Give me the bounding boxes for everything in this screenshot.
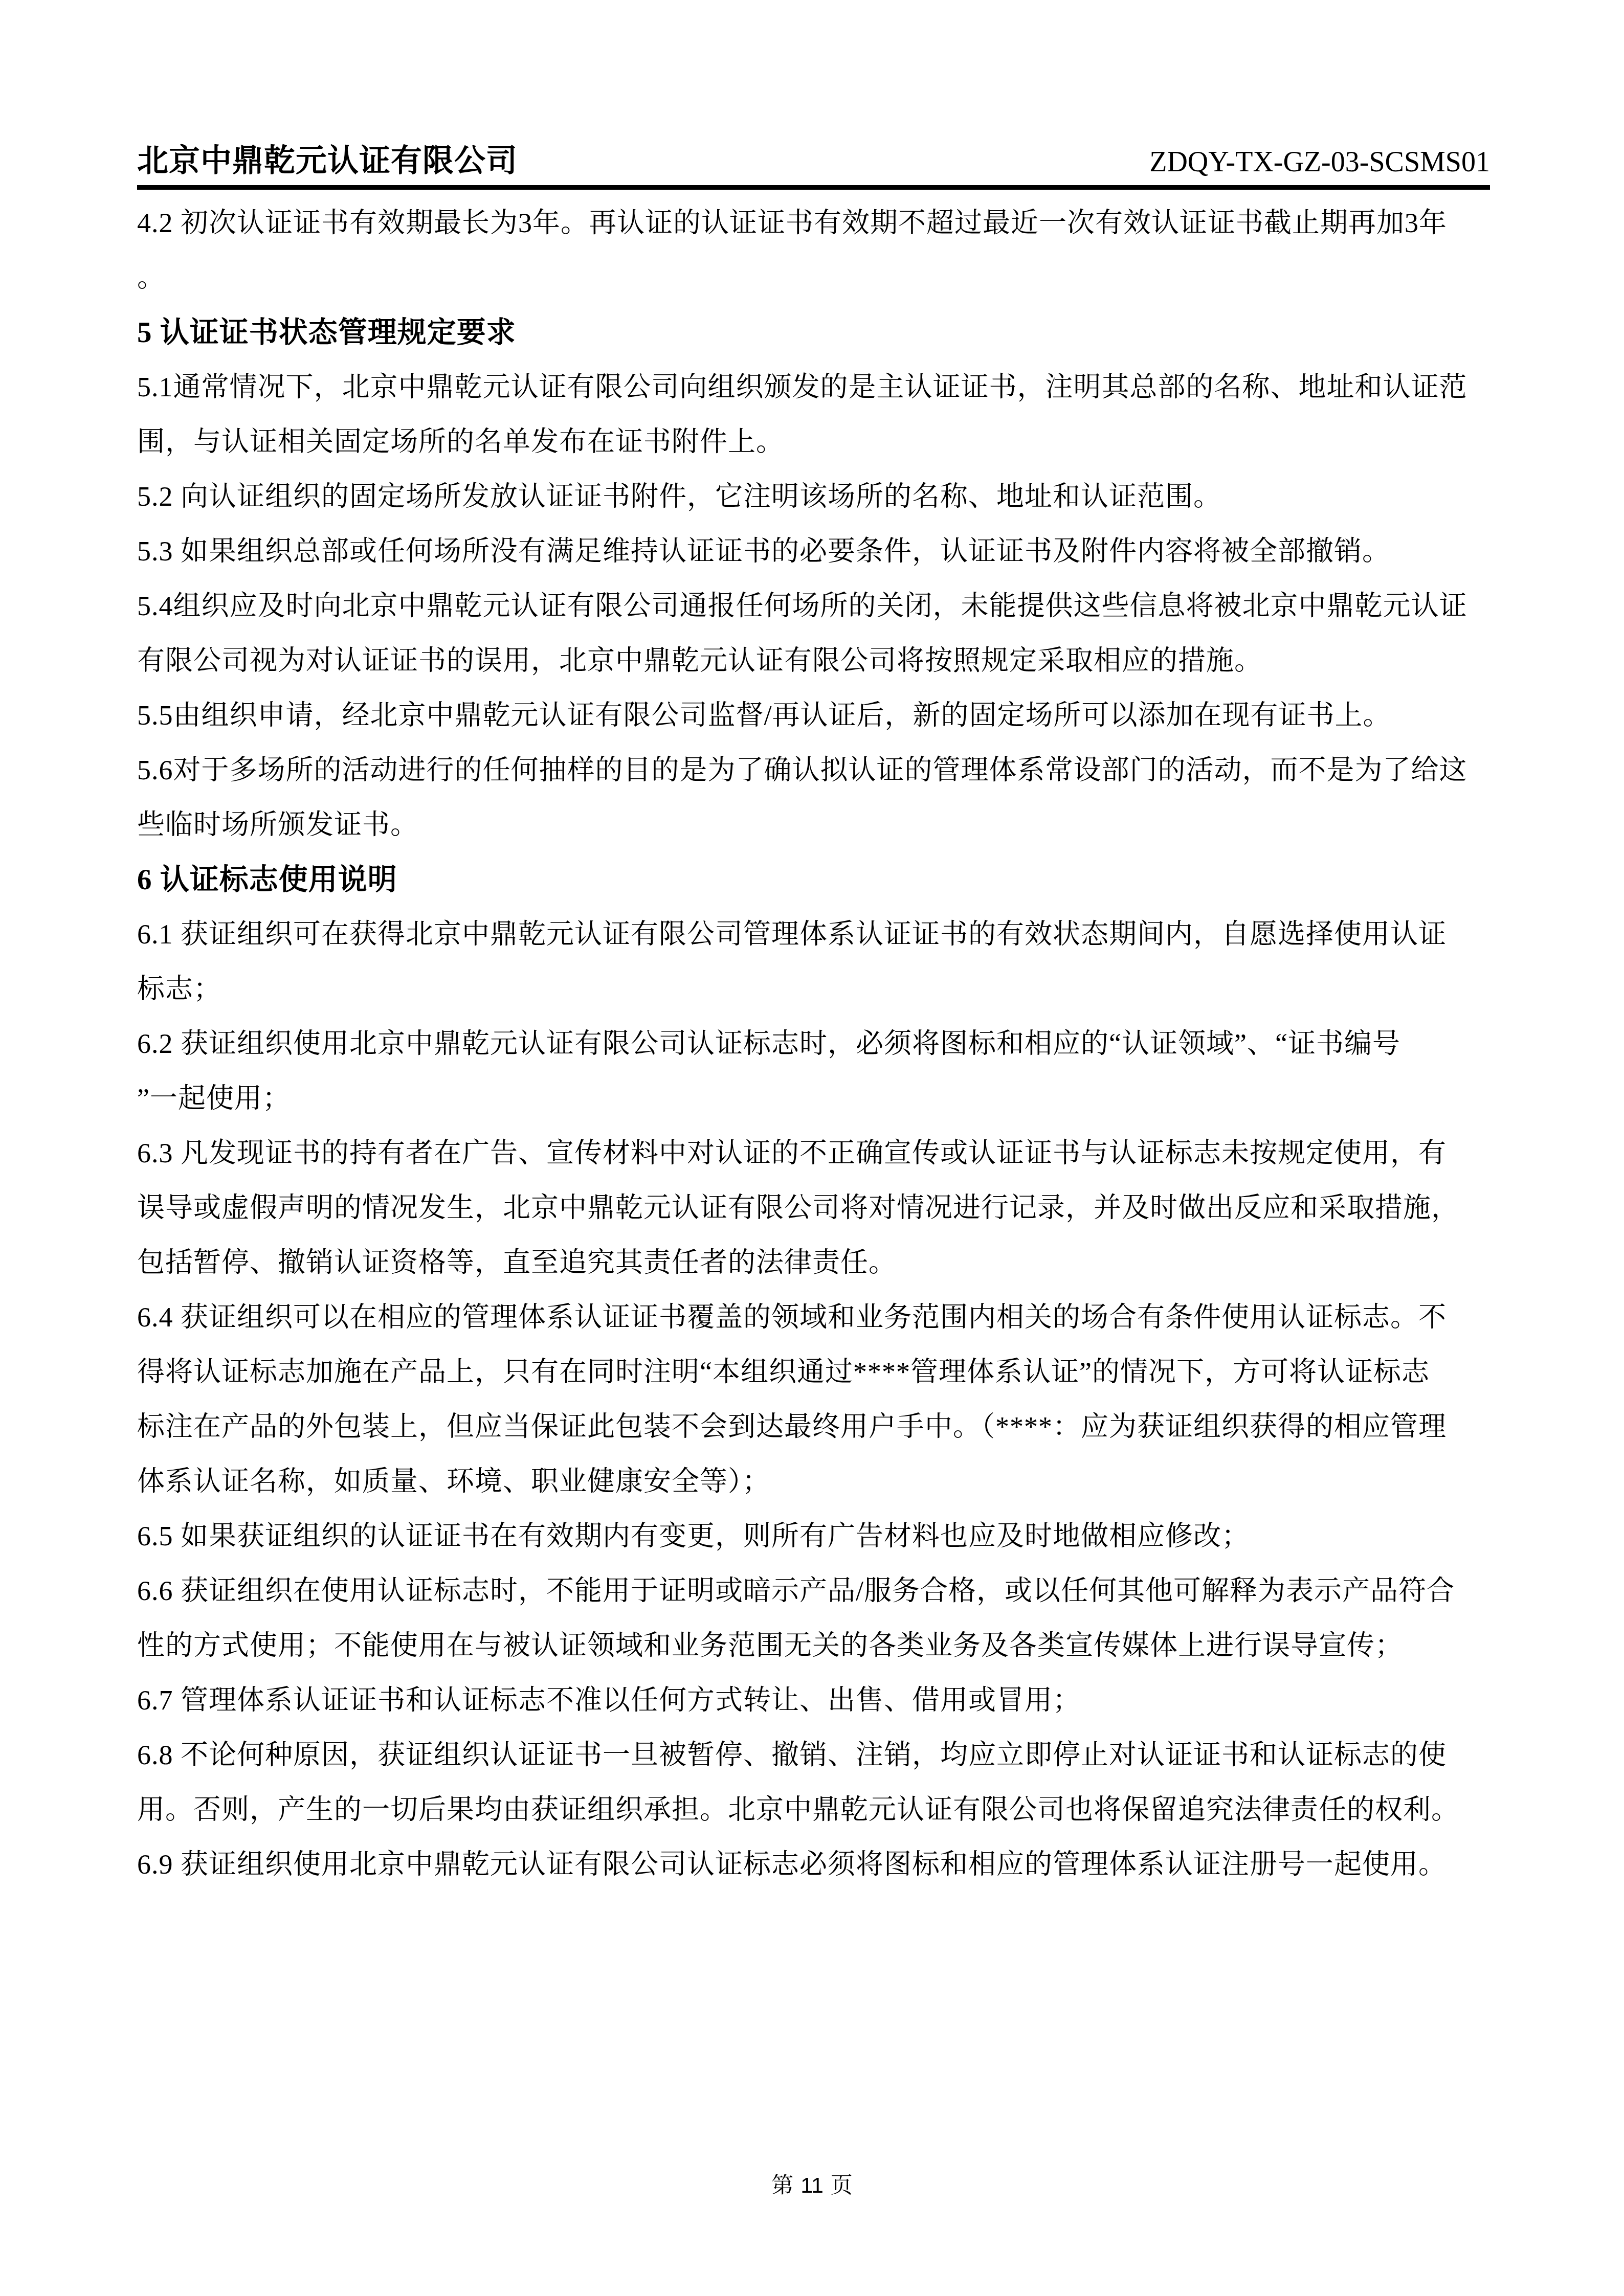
text-line: 有限公司视为对认证证书的误用，北京中鼎乾元认证有限公司将按照规定采取相应的措施。 <box>137 634 1494 688</box>
text-line: 体系认证名称，如质量、环境、职业健康安全等）； <box>137 1454 1494 1509</box>
page-footer: 第11页 <box>0 2168 1624 2199</box>
page-number: 11 <box>800 2173 824 2198</box>
document-body: 4.2 初次认证证书有效期最长为3年。再认证的认证证书有效期不超过最近一次有效认… <box>137 196 1494 1892</box>
text-line: 6.1 获证组织可在获得北京中鼎乾元认证有限公司管理体系认证证书的有效状态期间内… <box>137 907 1494 962</box>
text-line: 包括暂停、撤销认证资格等，直至追究其责任者的法律责任。 <box>137 1235 1494 1290</box>
text-line: 6.4 获证组织可以在相应的管理体系认证证书覆盖的领域和业务范围内相关的场合有条… <box>137 1290 1494 1345</box>
text-line: 5.6对于多场所的活动进行的任何抽样的目的是为了确认拟认证的管理体系常设部门的活… <box>137 743 1494 798</box>
text-line: 5.4组织应及时向北京中鼎乾元认证有限公司通报任何场所的关闭，未能提供这些信息将… <box>137 579 1494 634</box>
header-divider <box>137 185 1490 190</box>
text-line: 标志； <box>137 962 1494 1017</box>
text-line: 5.5由组织申请，经北京中鼎乾元认证有限公司监督/再认证后，新的固定场所可以添加… <box>137 688 1494 743</box>
text-line: 6.8 不论何种原因，获证组织认证证书一旦被暂停、撤销、注销，均应立即停止对认证… <box>137 1728 1494 1783</box>
text-line: 些临时场所颁发证书。 <box>137 798 1494 852</box>
text-line: 标注在产品的外包装上，但应当保证此包装不会到达最终用户手中。（****：应为获证… <box>137 1400 1494 1454</box>
text-line: 6.2 获证组织使用北京中鼎乾元认证有限公司认证标志时，必须将图标和相应的“认证… <box>137 1017 1494 1071</box>
text-line: 6.9 获证组织使用北京中鼎乾元认证有限公司认证标志必须将图标和相应的管理体系认… <box>137 1837 1494 1892</box>
page-number-suffix: 页 <box>831 2174 853 2198</box>
text-line: 6.6 获证组织在使用认证标志时，不能用于证明或暗示产品/服务合格，或以任何其他… <box>137 1564 1494 1618</box>
text-line: 5.1通常情况下，北京中鼎乾元认证有限公司向组织颁发的是主认证证书，注明其总部的… <box>137 360 1494 415</box>
page-header: 北京中鼎乾元认证有限公司 ZDQY-TX-GZ-03-SCSMS01 <box>137 136 1490 181</box>
text-line: 性的方式使用；不能使用在与被认证领域和业务范围无关的各类业务及各类宣传媒体上进行… <box>137 1618 1494 1673</box>
document-page: 北京中鼎乾元认证有限公司 ZDQY-TX-GZ-03-SCSMS01 4.2 初… <box>0 0 1624 2296</box>
text-line: 用。否则，产生的一切后果均由获证组织承担。北京中鼎乾元认证有限公司也将保留追究法… <box>137 1783 1494 1837</box>
page-number-prefix: 第 <box>771 2174 793 2198</box>
text-line: 5 认证证书状态管理规定要求 <box>137 305 1494 360</box>
text-line: 。 <box>137 251 1494 305</box>
text-line: 6.7 管理体系认证证书和认证标志不准以任何方式转让、出售、借用或冒用； <box>137 1673 1494 1728</box>
text-line: 6.5 如果获证组织的认证证书在有效期内有变更，则所有广告材料也应及时地做相应修… <box>137 1509 1494 1564</box>
text-line: 4.2 初次认证证书有效期最长为3年。再认证的认证证书有效期不超过最近一次有效认… <box>137 196 1494 251</box>
text-line: 得将认证标志加施在产品上，只有在同时注明“本组织通过****管理体系认证”的情况… <box>137 1345 1494 1400</box>
text-line: 5.2 向认证组织的固定场所发放认证证书附件，它注明该场所的名称、地址和认证范围… <box>137 469 1494 524</box>
company-name: 北京中鼎乾元认证有限公司 <box>137 136 518 181</box>
text-line: 6.3 凡发现证书的持有者在广告、宣传材料中对认证的不正确宣传或认证证书与认证标… <box>137 1126 1494 1181</box>
text-line: 5.3 如果组织总部或任何场所没有满足维持认证证书的必要条件，认证证书及附件内容… <box>137 524 1494 579</box>
text-line: 6 认证标志使用说明 <box>137 852 1494 907</box>
text-line: 误导或虚假声明的情况发生，北京中鼎乾元认证有限公司将对情况进行记录，并及时做出反… <box>137 1181 1494 1235</box>
text-line: 围，与认证相关固定场所的名单发布在证书附件上。 <box>137 415 1494 469</box>
text-line: ”一起使用； <box>137 1071 1494 1126</box>
document-code: ZDQY-TX-GZ-03-SCSMS01 <box>1149 146 1490 178</box>
